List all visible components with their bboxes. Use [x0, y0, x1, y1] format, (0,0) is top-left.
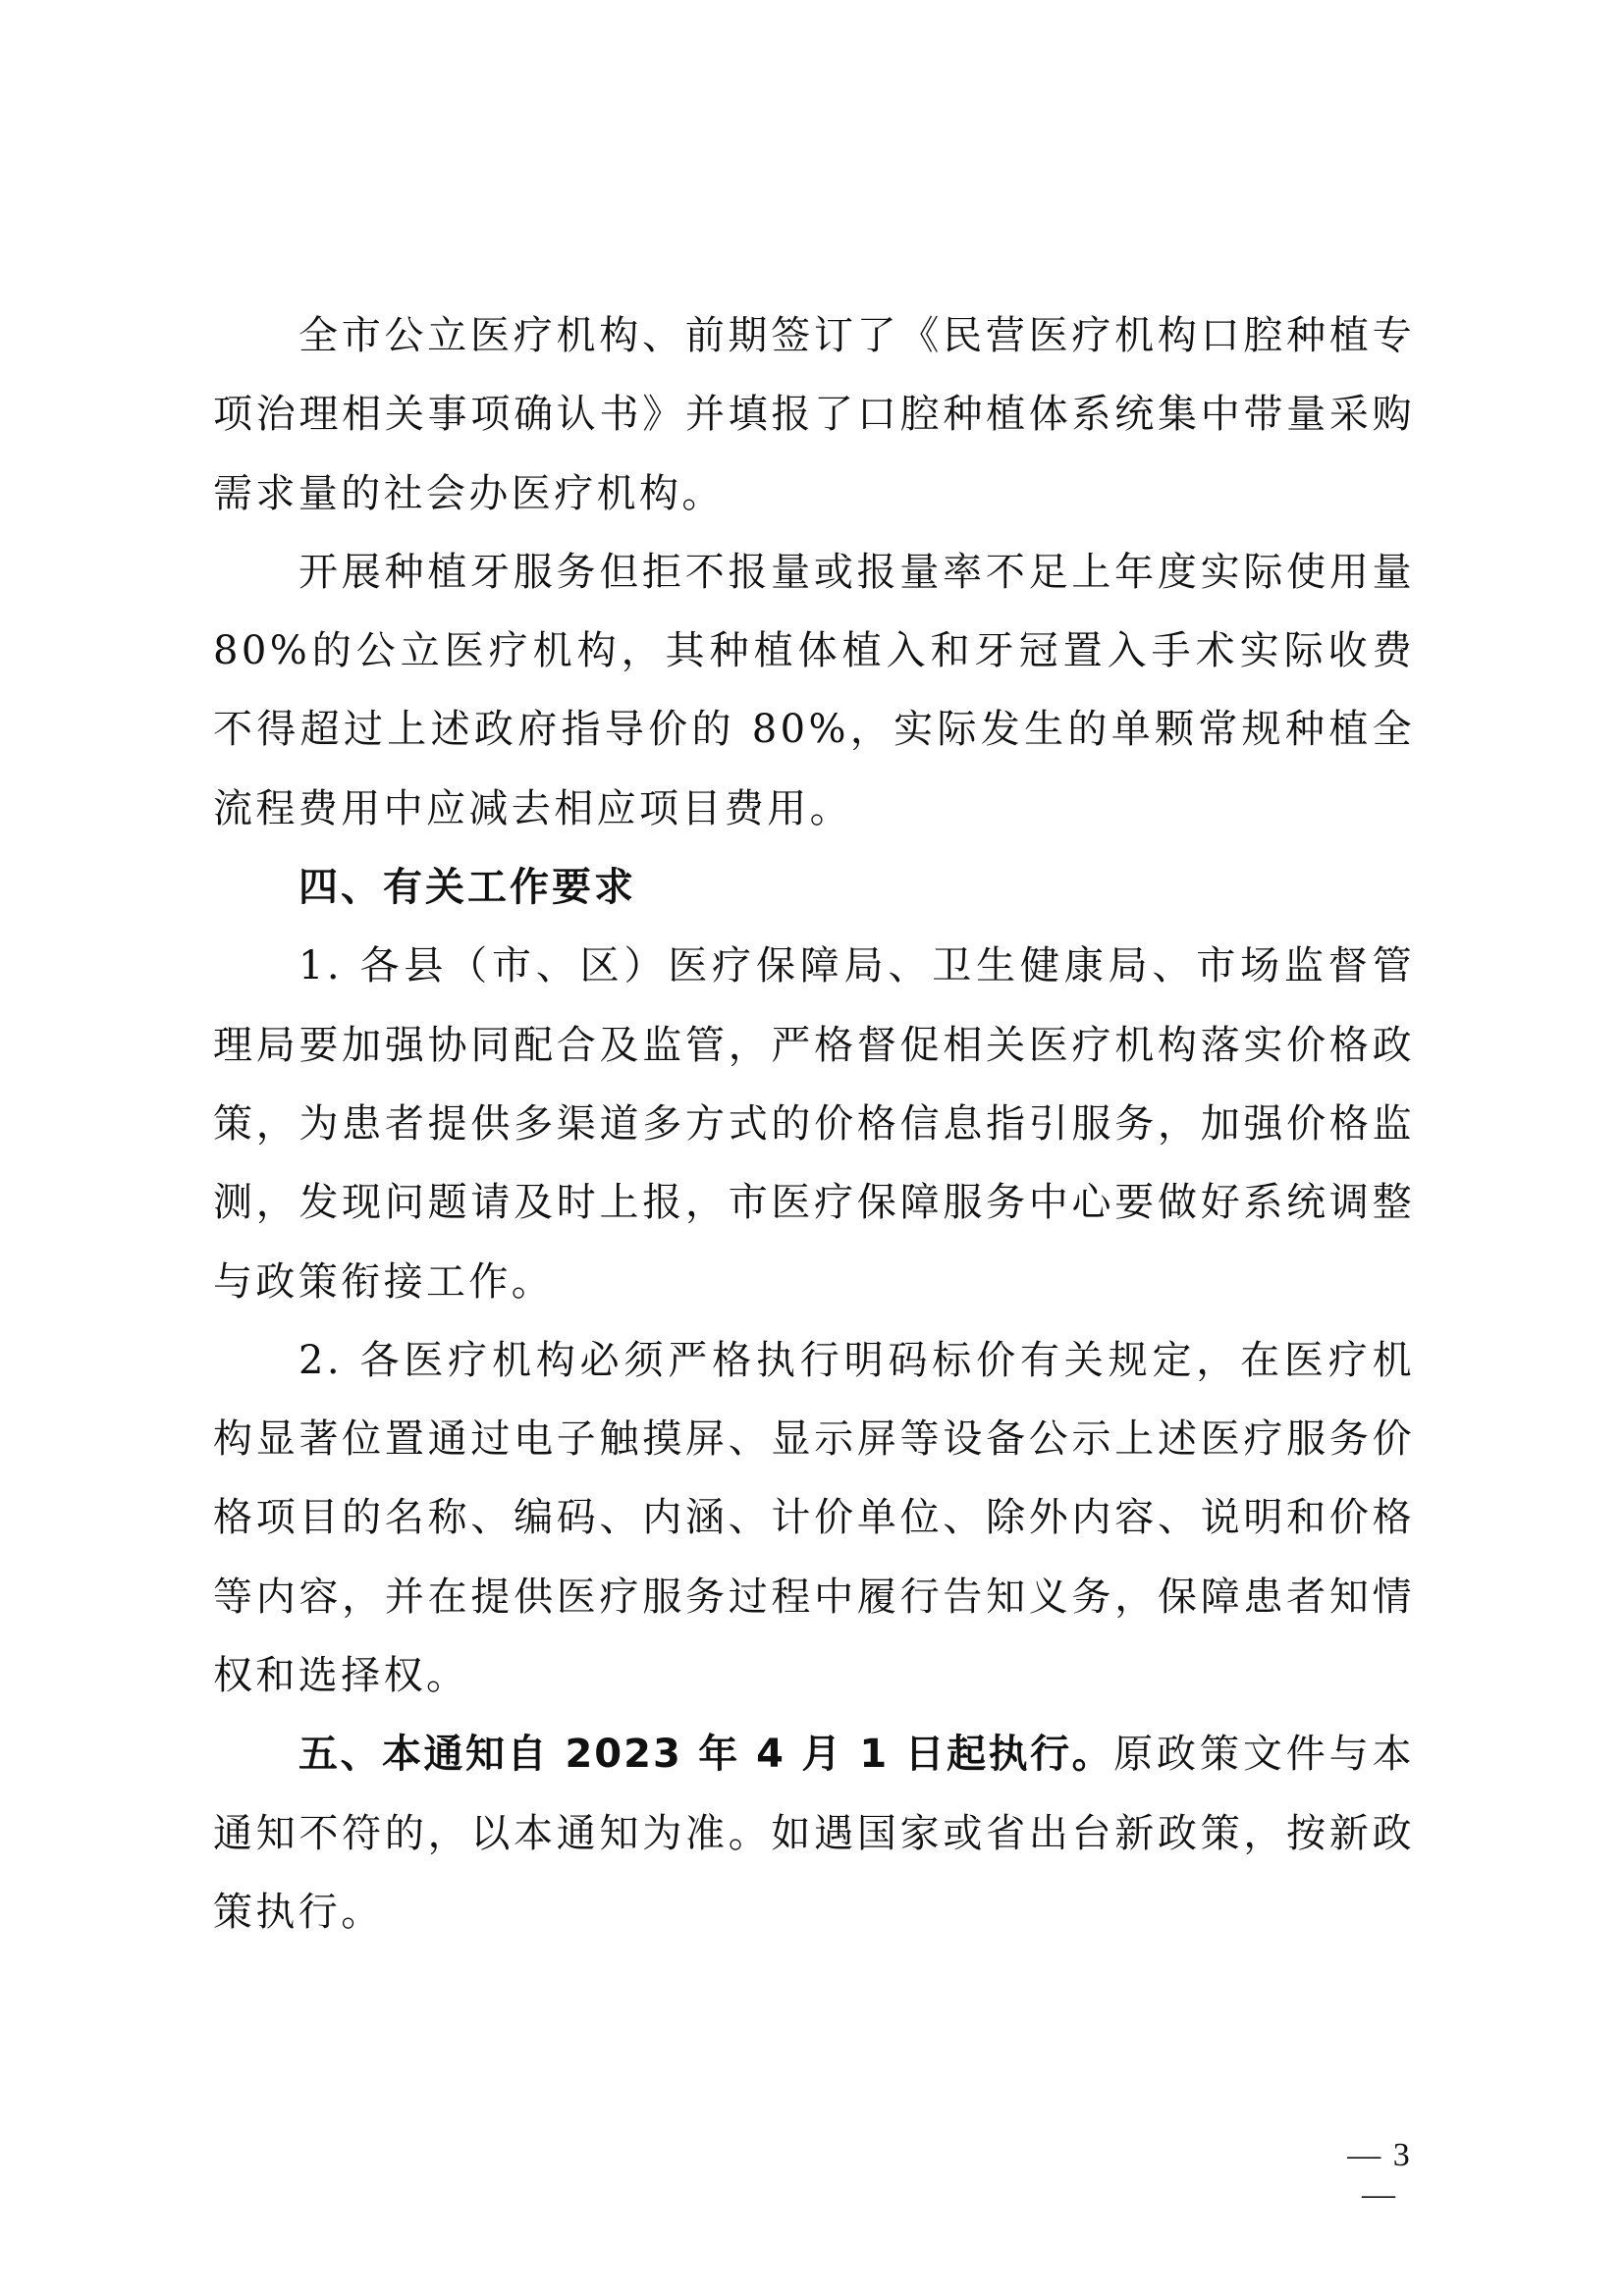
document-body: 全市公立医疗机构、前期签订了《民营医疗机构口腔种植专项治理相关事项确认书》并填报…: [213, 296, 1415, 1951]
paragraph-price-restriction: 开展种植牙服务但拒不报量或报量率不足上年度实际使用量 80%的公立医疗机构，其种…: [213, 533, 1415, 848]
paragraph-requirement-1: 1. 各县（市、区）医疗保障局、卫生健康局、市场监督管理局要加强协同配合及监管，…: [213, 927, 1415, 1320]
document-page: 全市公立医疗机构、前期签订了《民营医疗机构口腔种植专项治理相关事项确认书》并填报…: [0, 0, 1624, 2296]
section-heading-work-requirements: 四、有关工作要求: [213, 848, 1415, 927]
paragraph-effective-date: 五、本通知自 2023 年 4 月 1 日起执行。原政策文件与本通知不符的，以本…: [213, 1715, 1415, 1951]
page-number: — 3 —: [1326, 2136, 1434, 2215]
paragraph-requirement-2: 2. 各医疗机构必须严格执行明码标价有关规定，在医疗机构显著位置通过电子触摸屏、…: [213, 1321, 1415, 1715]
effective-date-heading: 五、本通知自 2023 年 4 月 1 日起执行。: [298, 1732, 1113, 1777]
paragraph-eligible-institutions: 全市公立医疗机构、前期签订了《民营医疗机构口腔种植专项治理相关事项确认书》并填报…: [213, 296, 1415, 533]
